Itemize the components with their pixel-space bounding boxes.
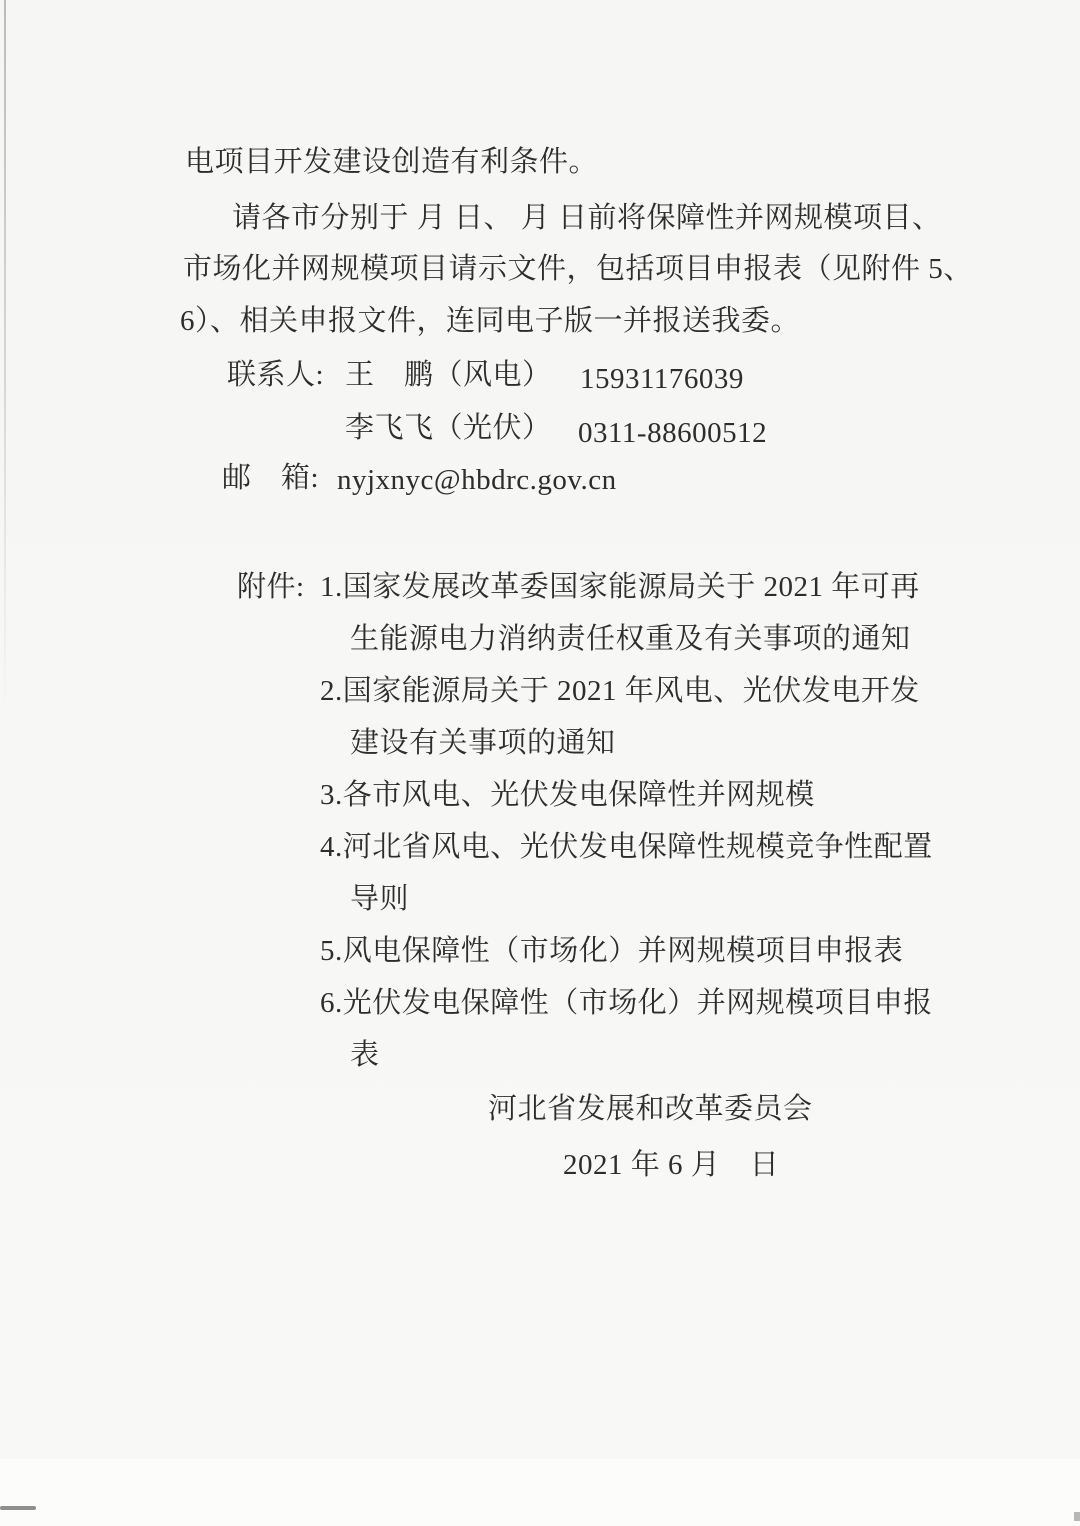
email-value: nyjxnyc@hbdrc.gov.cn — [337, 463, 617, 497]
body-line-4: 6）、相关申报文件，连同电子版一并报送我委。 — [180, 304, 800, 338]
attachment-2-line-2: 建设有关事项的通知 — [350, 726, 616, 760]
body-line-2: 请各市分别于 月 日、 月 日前将保障性并网规模项目、 — [232, 201, 942, 235]
attachment-3-line-1: 3.各市风电、光伏发电保障性并网规模 — [320, 778, 815, 812]
attachment-4-line-2: 导则 — [350, 882, 409, 916]
contact-name-solar: 李飞飞（光伏） — [345, 411, 552, 445]
signature-date: 2021 年 6 月 日 — [563, 1148, 779, 1182]
attachment-6-line-2: 表 — [350, 1038, 380, 1072]
email-label: 邮 箱: — [222, 461, 319, 495]
scan-left-edge-shadow — [4, 0, 6, 715]
attachment-6-line-1: 6.光伏发电保障性（市场化）并网规模项目申报 — [320, 986, 933, 1020]
body-line-3: 市场化并网规模项目请示文件，包括项目申报表（见附件 5、 — [183, 252, 973, 286]
attachment-1-line-2: 生能源电力消纳责任权重及有关事项的通知 — [350, 622, 911, 656]
scan-bottom-light-band — [0, 1459, 1080, 1526]
attachment-2-line-1: 2.国家能源局关于 2021 年风电、光伏发电开发 — [320, 674, 920, 708]
attachment-1-line-1: 1.国家发展改革委国家能源局关于 2021 年可再 — [320, 570, 920, 604]
attachment-4-line-1: 4.河北省风电、光伏发电保障性规模竞争性配置 — [320, 830, 933, 864]
contact-phone-solar: 0311-88600512 — [578, 416, 767, 450]
contact-name-wind: 王 鹏（风电） — [345, 358, 552, 392]
contact-phone-wind: 15931176039 — [580, 362, 744, 396]
contact-label: 联系人: — [227, 358, 324, 392]
scan-artifact-bottom-right — [1074, 1512, 1080, 1521]
attachment-5-line-1: 5.风电保障性（市场化）并网规模项目申报表 — [320, 934, 903, 968]
body-line-1: 电项目开发建设创造有利条件。 — [185, 145, 598, 179]
attachments-label: 附件: — [237, 570, 305, 604]
signature-org: 河北省发展和改革委员会 — [488, 1092, 813, 1126]
scanned-document-page: 电项目开发建设创造有利条件。 请各市分别于 月 日、 月 日前将保障性并网规模项… — [0, 0, 1080, 1526]
scan-artifact-bottom-left — [0, 1506, 36, 1510]
